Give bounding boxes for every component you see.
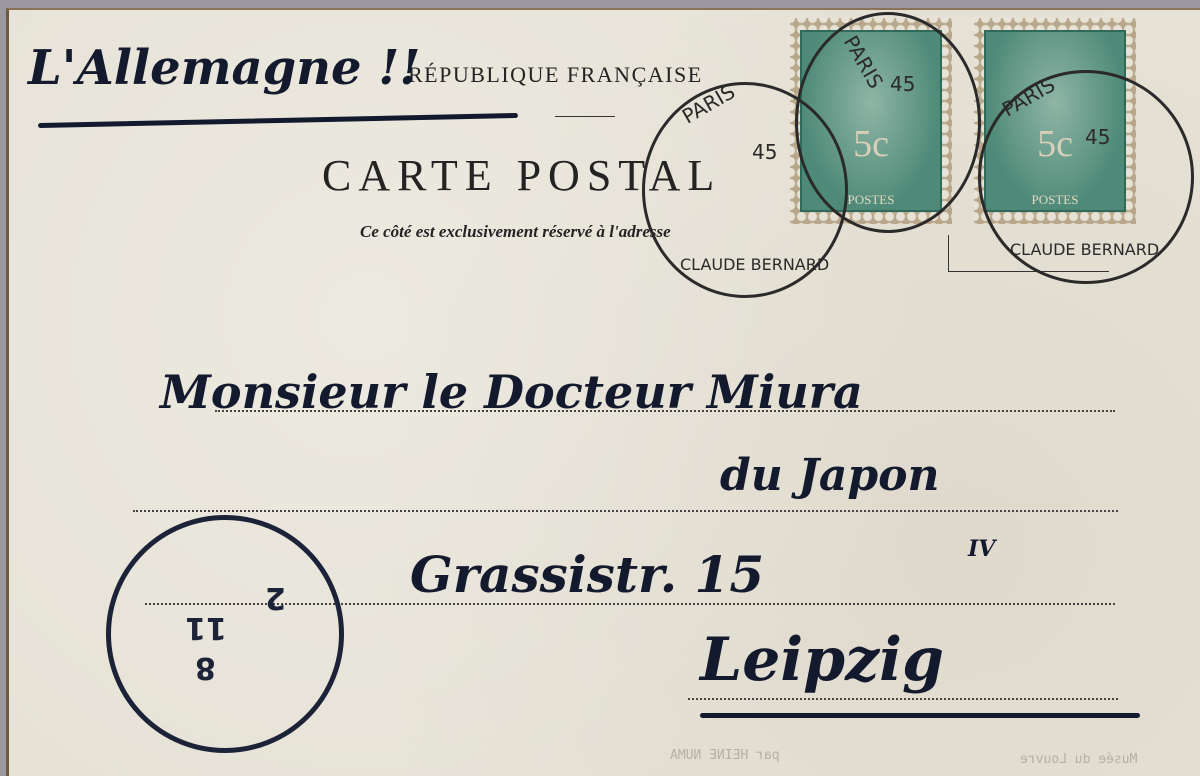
- postmark-1-time: 45: [752, 140, 777, 164]
- address-line-4: [688, 698, 1118, 700]
- address-line-2: [133, 510, 1118, 512]
- address-recipient: Monsieur le Docteur Miura: [160, 365, 863, 419]
- receiving-postmark-day: 2: [265, 580, 286, 615]
- receiving-postmark-hour: 8: [195, 650, 216, 685]
- reverse-imprint-publisher: par HEINE NUMA: [670, 748, 780, 763]
- postmark-3-office: CLAUDE BERNARD: [1010, 240, 1159, 259]
- address-city: Leipzig: [700, 625, 944, 695]
- reverse-imprint-museum: Musée du Louvre: [1020, 752, 1137, 767]
- postmark-3-time: 45: [1085, 125, 1110, 149]
- address-notice: Ce côté est exclusivement réservé à l'ad…: [360, 222, 671, 242]
- receiving-postmark-month: 11: [185, 610, 227, 645]
- address-origin: du Japon: [720, 450, 940, 501]
- address-floor: IV: [968, 536, 995, 562]
- postmark-2-time: 45: [890, 72, 915, 96]
- postmark-2: [795, 12, 981, 233]
- header-rule: [555, 116, 615, 117]
- handwritten-corner-note: L'Allemagne !!: [28, 40, 420, 96]
- header-republique: RÉPUBLIQUE FRANÇAISE: [408, 62, 703, 88]
- postmark-1-office: CLAUDE BERNARD: [680, 255, 829, 274]
- address-street: Grassistr. 15: [410, 545, 764, 604]
- city-underline: [700, 713, 1140, 718]
